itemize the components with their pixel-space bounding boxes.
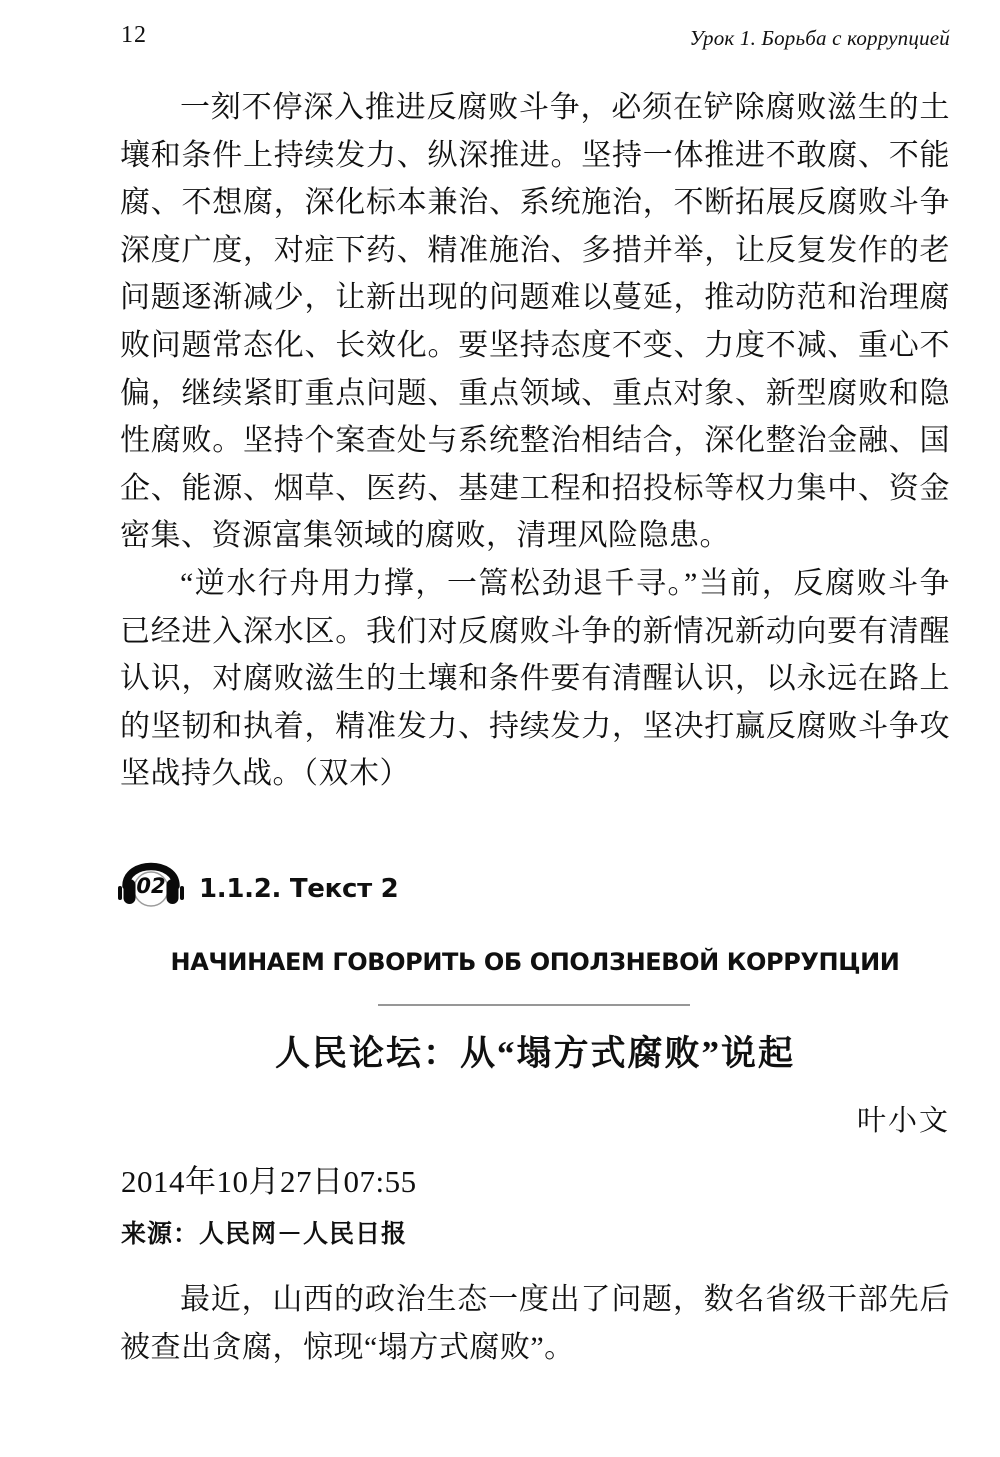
text-line: 壤和条件上持续发力、纵深推进。坚持一体推进不敢腐、不能 bbox=[120, 132, 950, 180]
text-line: 性腐败。坚持个案查处与系统整治相结合，深化整治金融、国 bbox=[120, 417, 950, 465]
text-line: 认识，对腐败滋生的土壤和条件要有清醒认识，以永远在路上 bbox=[120, 655, 950, 703]
book-page: 12 Урок 1. Борьба с коррупцией 一刻不停深入推进反… bbox=[0, 0, 1000, 1457]
text-line: 问题逐渐减少，让新出现的问题难以蔓延，推动防范和治理腐 bbox=[120, 274, 950, 322]
article-author: 叶小文 bbox=[120, 1098, 950, 1139]
page-number: 12 bbox=[121, 22, 147, 49]
text-line: 坚战持久战。（双木） bbox=[120, 750, 950, 798]
text-line: 企、能源、烟草、医药、基建工程和招投标等权力集中、资金 bbox=[120, 465, 950, 513]
text-line: 的坚韧和执着，精准发力、持续发力，坚决打赢反腐败斗争攻 bbox=[120, 703, 950, 751]
article-title: 人民论坛：从“塌方式腐败”说起 bbox=[120, 1026, 950, 1076]
text-line: 密集、资源富集领域的腐败，清理风险隐患。 bbox=[120, 512, 950, 560]
running-head: Урок 1. Борьба с коррупцией bbox=[690, 26, 950, 51]
text-line: 最近，山西的政治生态一度出了问题，数名省级干部先后 bbox=[120, 1276, 950, 1324]
text-line: 被查出贪腐，惊现“塌方式腐败”。 bbox=[120, 1324, 950, 1372]
text-line: 已经进入深水区。我们对反腐败斗争的新情况新动向要有清醒 bbox=[120, 608, 950, 656]
heading-divider bbox=[378, 1004, 690, 1006]
text-paragraph-1: 一刻不停深入推进反腐败斗争，必须在铲除腐败滋生的土 壤和条件上持续发力、纵深推进… bbox=[120, 84, 950, 560]
text-paragraph-2: “逆水行舟用力撑，一篙松劲退千寻。”当前，反腐败斗争 已经进入深水区。我们对反腐… bbox=[120, 560, 950, 798]
article-source: 来源：人民网－人民日报 bbox=[121, 1214, 407, 1250]
text-line: 深度广度，对症下药、精准施治、多措并举，让反复发作的老 bbox=[120, 227, 950, 275]
headphones-icon: 02 bbox=[117, 848, 185, 912]
article-date: 2014年10月27日07:55 bbox=[121, 1156, 417, 1201]
audio-section-marker: 02 1.1.2. Текст 2 bbox=[117, 848, 398, 912]
text-line: 偏，继续紧盯重点问题、重点领域、重点对象、新型腐败和隐 bbox=[120, 370, 950, 418]
article-paragraph: 最近，山西的政治生态一度出了问题，数名省级干部先后 被查出贪腐，惊现“塌方式腐败… bbox=[120, 1276, 950, 1371]
text-line: 一刻不停深入推进反腐败斗争，必须在铲除腐败滋生的土 bbox=[120, 84, 950, 132]
text-line: 败问题常态化、长效化。要坚持态度不变、力度不减、重心不 bbox=[120, 322, 950, 370]
text-line: 腐、不想腐，深化标本兼治、系统施治，不断拓展反腐败斗争 bbox=[120, 179, 950, 227]
lesson-heading-ru: НАЧИНАЕМ ГОВОРИТЬ ОБ ОПОЛЗНЕВОЙ КОРРУПЦИ… bbox=[120, 948, 950, 976]
audio-track-number: 02 bbox=[134, 874, 168, 898]
text-line: “逆水行舟用力撑，一篙松劲退千寻。”当前，反腐败斗争 bbox=[120, 560, 950, 608]
audio-section-label: 1.1.2. Текст 2 bbox=[199, 874, 398, 904]
